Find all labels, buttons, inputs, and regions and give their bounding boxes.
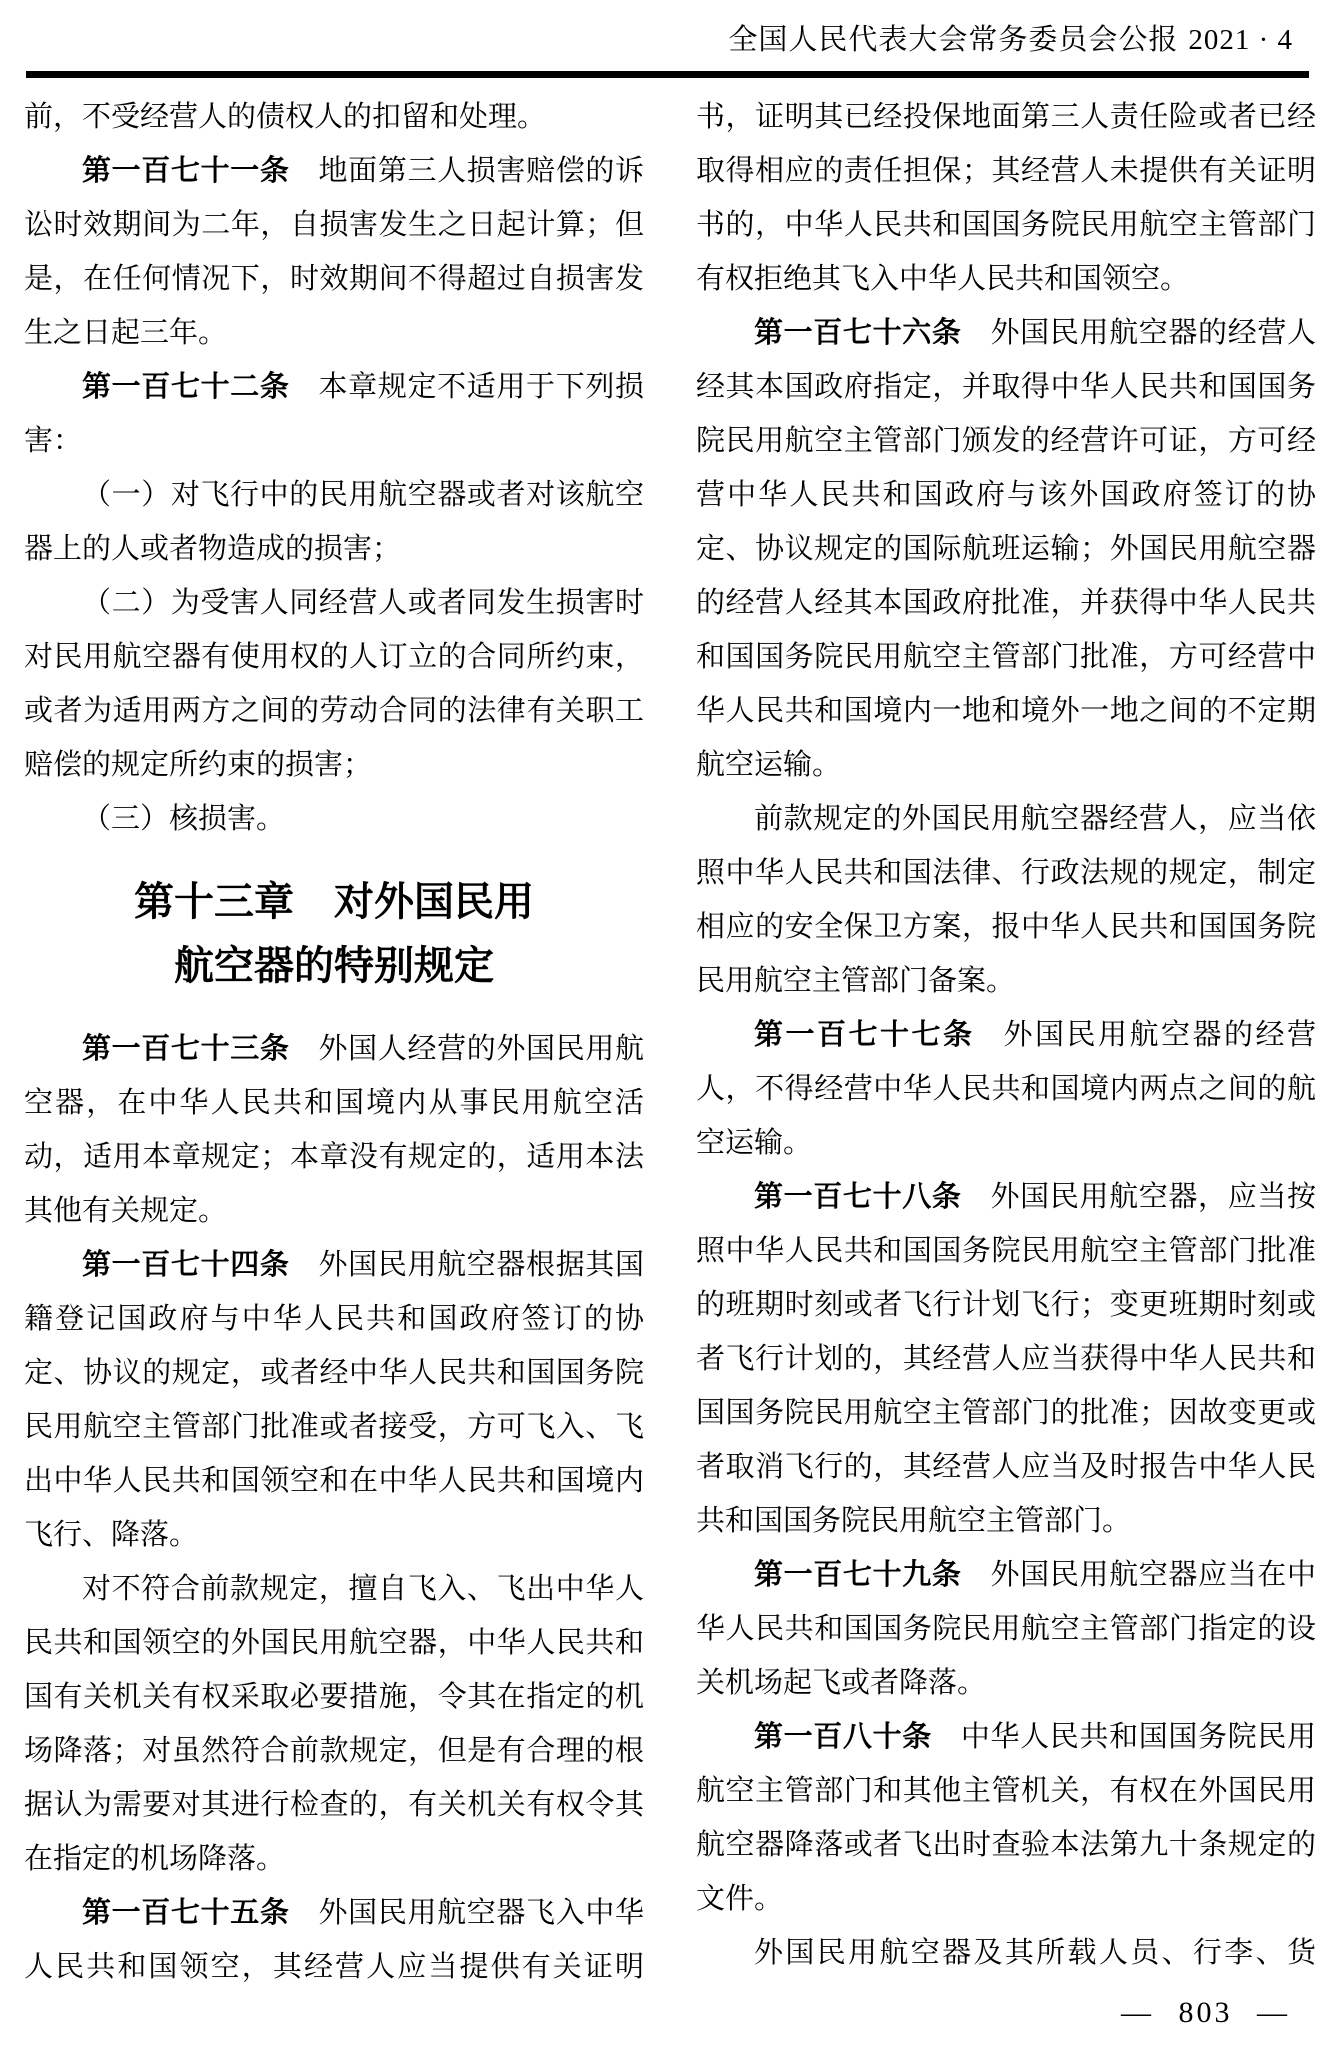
text-line: 在指定的机场降落。 bbox=[24, 1832, 644, 1886]
header-rule bbox=[26, 71, 1309, 78]
text-line: 第一百七十五条外国民用航空器飞入中华 bbox=[24, 1886, 644, 1940]
article-text: 外国民用航空器飞入中华 bbox=[319, 1897, 644, 1929]
text-line: 照中华人民共和国法律、行政法规的规定，制定 bbox=[696, 846, 1316, 900]
page-header: 全国人民代表大会常务委员会公报2021 · 4 bbox=[728, 22, 1293, 58]
text-line: 第一百七十三条外国人经营的外国民用航 bbox=[24, 1022, 644, 1076]
article-text: 中华人民共和国国务院民用 bbox=[961, 1721, 1316, 1753]
article-number: 第一百七十八条 bbox=[754, 1181, 962, 1213]
text-line: 第一百八十条中华人民共和国国务院民用 bbox=[696, 1710, 1316, 1764]
text-line: 器上的人或者物造成的损害； bbox=[24, 522, 644, 576]
article-number: 第一百七十二条 bbox=[82, 371, 290, 403]
text-line: 外国民用航空器及其所载人员、行李、货 bbox=[696, 1926, 1316, 1980]
text-line: 民共和国领空的外国民用航空器，中华人民共和 bbox=[24, 1616, 644, 1670]
text-line: 院民用航空主管部门颁发的经营许可证，方可经 bbox=[696, 414, 1316, 468]
text-line: 关机场起飞或者降落。 bbox=[696, 1656, 1316, 1710]
text-line: 华人民共和国国务院民用航空主管部门指定的设 bbox=[696, 1602, 1316, 1656]
text-line: 是，在任何情况下，时效期间不得超过自损害发 bbox=[24, 252, 644, 306]
text-line: 定、协议规定的国际航班运输；外国民用航空器 bbox=[696, 522, 1316, 576]
text-line: 者取消飞行的，其经营人应当及时报告中华人民 bbox=[696, 1440, 1316, 1494]
text-line: 国国务院民用航空主管部门的批准；因故变更或 bbox=[696, 1386, 1316, 1440]
text-line: 国有关机关有权采取必要措施，令其在指定的机 bbox=[24, 1670, 644, 1724]
journal-title: 全国人民代表大会常务委员会公报 bbox=[728, 24, 1178, 56]
text-line: 营中华人民共和国政府与该外国政府签订的协 bbox=[696, 468, 1316, 522]
right-column: 书，证明其已经投保地面第三人责任险或者已经取得相应的责任担保；其经营人未提供有关… bbox=[696, 90, 1316, 1994]
text-line: 场降落；对虽然符合前款规定，但是有合理的根 bbox=[24, 1724, 644, 1778]
left-column: 前，不受经营人的债权人的扣留和处理。第一百七十一条地面第三人损害赔偿的诉讼时效期… bbox=[24, 90, 644, 1994]
text-line: 的班期时刻或者飞行计划飞行；变更班期时刻或 bbox=[696, 1278, 1316, 1332]
document-body: 前，不受经营人的债权人的扣留和处理。第一百七十一条地面第三人损害赔偿的诉讼时效期… bbox=[24, 90, 1316, 1994]
article-text: 外国民用航空器应当在中 bbox=[991, 1559, 1316, 1591]
article-number: 第一百七十一条 bbox=[82, 155, 290, 187]
text-line: 照中华人民共和国国务院民用航空主管部门批准 bbox=[696, 1224, 1316, 1278]
article-text: 外国民用航空器，应当按 bbox=[991, 1181, 1316, 1213]
text-line: 前，不受经营人的债权人的扣留和处理。 bbox=[24, 90, 644, 144]
text-line: 其他有关规定。 bbox=[24, 1184, 644, 1238]
page-number: — 803 — bbox=[1121, 1996, 1290, 2030]
text-line: 动，适用本章规定；本章没有规定的，适用本法 bbox=[24, 1130, 644, 1184]
text-line: 出中华人民共和国领空和在中华人民共和国境内 bbox=[24, 1454, 644, 1508]
text-line: 空器，在中华人民共和国境内从事民用航空活 bbox=[24, 1076, 644, 1130]
text-line: 华人民共和国境内一地和境外一地之间的不定期 bbox=[696, 684, 1316, 738]
text-line: 和国国务院民用航空主管部门批准，方可经营中 bbox=[696, 630, 1316, 684]
issue-number: 2021 · 4 bbox=[1188, 24, 1293, 56]
text-line: 民用航空主管部门备案。 bbox=[696, 954, 1316, 1008]
text-line: 飞行、降落。 bbox=[24, 1508, 644, 1562]
article-text: 外国民用航空器的经营人 bbox=[991, 317, 1316, 349]
text-line: 书，证明其已经投保地面第三人责任险或者已经 bbox=[696, 90, 1316, 144]
text-line: 第一百七十六条外国民用航空器的经营人 bbox=[696, 306, 1316, 360]
text-line: 有权拒绝其飞入中华人民共和国领空。 bbox=[696, 252, 1316, 306]
article-number: 第一百八十条 bbox=[754, 1721, 932, 1753]
text-line: 第一百七十一条地面第三人损害赔偿的诉 bbox=[24, 144, 644, 198]
article-text: 外国人经营的外国民用航 bbox=[319, 1033, 644, 1065]
text-line: 据认为需要对其进行检查的，有关机关有权令其 bbox=[24, 1778, 644, 1832]
text-line: 第一百七十九条外国民用航空器应当在中 bbox=[696, 1548, 1316, 1602]
chapter-heading-line: 航空器的特别规定 bbox=[24, 934, 644, 998]
article-text: 外国民用航空器根据其国 bbox=[319, 1249, 644, 1281]
text-line: 对不符合前款规定，擅自飞入、飞出中华人 bbox=[24, 1562, 644, 1616]
text-line: 或者为适用两方之间的劳动合同的法律有关职工 bbox=[24, 684, 644, 738]
text-line: （一）对飞行中的民用航空器或者对该航空 bbox=[24, 468, 644, 522]
text-line: 生之日起三年。 bbox=[24, 306, 644, 360]
text-line: 文件。 bbox=[696, 1872, 1316, 1926]
text-line: 书的，中华人民共和国国务院民用航空主管部门 bbox=[696, 198, 1316, 252]
text-line: 人，不得经营中华人民共和国境内两点之间的航 bbox=[696, 1062, 1316, 1116]
article-number: 第一百七十四条 bbox=[82, 1249, 290, 1281]
text-line: 经其本国政府指定，并取得中华人民共和国国务 bbox=[696, 360, 1316, 414]
text-line: （三）核损害。 bbox=[24, 792, 644, 846]
text-line: 的经营人经其本国政府批准，并获得中华人民共 bbox=[696, 576, 1316, 630]
text-line: 前款规定的外国民用航空器经营人，应当依 bbox=[696, 792, 1316, 846]
text-line: 航空主管部门和其他主管机关，有权在外国民用 bbox=[696, 1764, 1316, 1818]
article-text: 本章规定不适用于下列损 bbox=[319, 371, 644, 403]
text-line: 人民共和国领空，其经营人应当提供有关证明 bbox=[24, 1940, 644, 1994]
text-line: 共和国国务院民用航空主管部门。 bbox=[696, 1494, 1316, 1548]
article-number: 第一百七十三条 bbox=[82, 1033, 290, 1065]
text-line: 第一百七十二条本章规定不适用于下列损 bbox=[24, 360, 644, 414]
text-line: 民用航空主管部门批准或者接受，方可飞入、飞 bbox=[24, 1400, 644, 1454]
text-line: 第一百七十四条外国民用航空器根据其国 bbox=[24, 1238, 644, 1292]
text-line: 航空运输。 bbox=[696, 738, 1316, 792]
article-number: 第一百七十七条 bbox=[754, 1019, 975, 1051]
text-line: 定、协议的规定，或者经中华人民共和国国务院 bbox=[24, 1346, 644, 1400]
article-number: 第一百七十九条 bbox=[754, 1559, 962, 1591]
text-line: 讼时效期间为二年，自损害发生之日起计算；但 bbox=[24, 198, 644, 252]
text-line: 第一百七十八条外国民用航空器，应当按 bbox=[696, 1170, 1316, 1224]
text-line: 取得相应的责任担保；其经营人未提供有关证明 bbox=[696, 144, 1316, 198]
article-text: 外国民用航空器的经营 bbox=[1004, 1019, 1316, 1051]
article-text: 地面第三人损害赔偿的诉 bbox=[319, 155, 644, 187]
text-line: 对民用航空器有使用权的人订立的合同所约束， bbox=[24, 630, 644, 684]
text-line: 相应的安全保卫方案，报中华人民共和国国务院 bbox=[696, 900, 1316, 954]
text-line: 第一百七十七条外国民用航空器的经营 bbox=[696, 1008, 1316, 1062]
text-line: 赔偿的规定所约束的损害； bbox=[24, 738, 644, 792]
text-line: 空运输。 bbox=[696, 1116, 1316, 1170]
text-line: 籍登记国政府与中华人民共和国政府签订的协 bbox=[24, 1292, 644, 1346]
article-number: 第一百七十六条 bbox=[754, 317, 962, 349]
article-number: 第一百七十五条 bbox=[82, 1897, 290, 1929]
text-line: 航空器降落或者飞出时查验本法第九十条规定的 bbox=[696, 1818, 1316, 1872]
gazette-page: 全国人民代表大会常务委员会公报2021 · 4 前，不受经营人的债权人的扣留和处… bbox=[0, 0, 1335, 2054]
chapter-heading-line: 第十三章 对外国民用 bbox=[24, 870, 644, 934]
text-line: （二）为受害人同经营人或者同发生损害时 bbox=[24, 576, 644, 630]
text-line: 害： bbox=[24, 414, 644, 468]
text-line: 者飞行计划的，其经营人应当获得中华人民共和 bbox=[696, 1332, 1316, 1386]
